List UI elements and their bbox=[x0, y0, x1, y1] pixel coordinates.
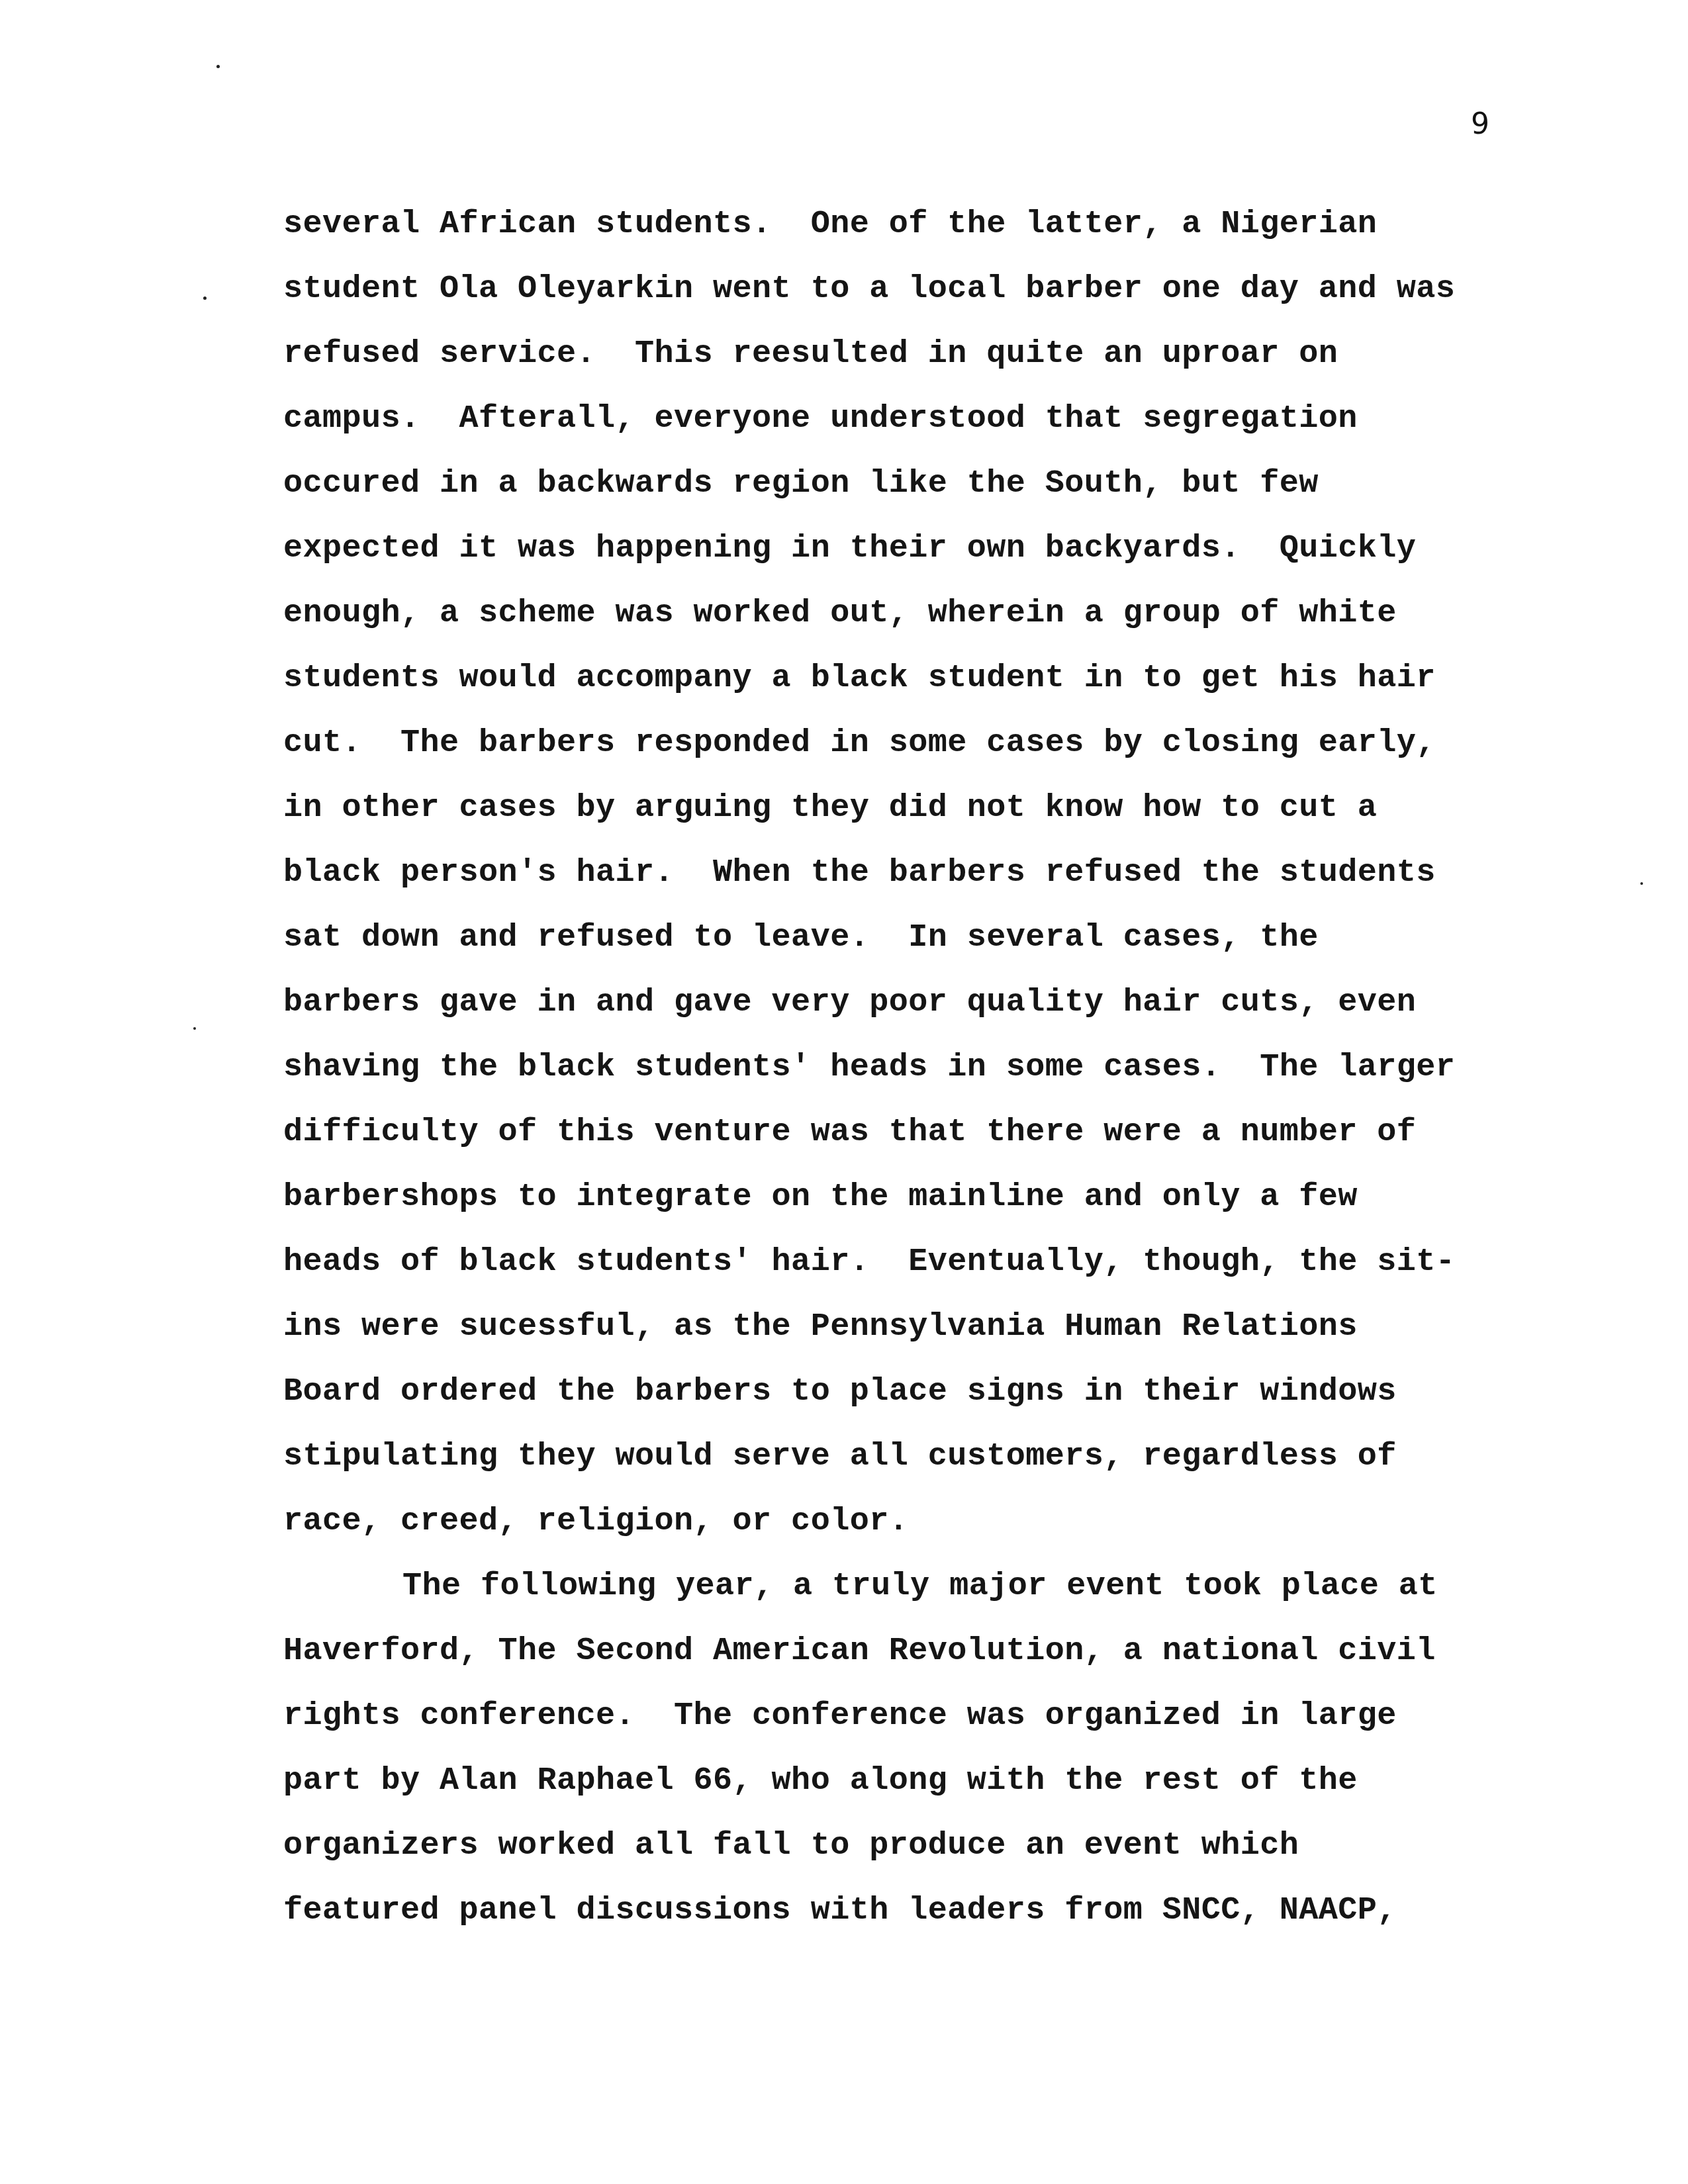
text-line: refused service. This reesulted in quite… bbox=[283, 322, 1528, 387]
text-line: organizers worked all fall to produce an… bbox=[283, 1813, 1528, 1878]
scan-artifact-dot bbox=[1640, 882, 1643, 885]
text-line: Haverford, The Second American Revolutio… bbox=[283, 1619, 1528, 1684]
paragraph-2: The following year, a truly major event … bbox=[283, 1554, 1528, 1943]
text-line: barbershops to integrate on the mainline… bbox=[283, 1165, 1528, 1230]
text-line: students would accompany a black student… bbox=[283, 646, 1528, 711]
text-line: difficulty of this venture was that ther… bbox=[283, 1100, 1528, 1165]
text-line: featured panel discussions with leaders … bbox=[283, 1878, 1528, 1943]
scan-artifact-dot bbox=[193, 1027, 196, 1030]
page-number: 9 bbox=[1471, 107, 1489, 141]
text-line: The following year, a truly major event … bbox=[283, 1554, 1528, 1619]
text-line: part by Alan Raphael 66, who along with … bbox=[283, 1749, 1528, 1813]
text-line: several African students. One of the lat… bbox=[283, 192, 1528, 257]
text-line: Board ordered the barbers to place signs… bbox=[283, 1359, 1528, 1424]
text-line: shaving the black students' heads in som… bbox=[283, 1035, 1528, 1100]
scan-artifact-dot bbox=[216, 65, 220, 68]
text-line: sat down and refused to leave. In severa… bbox=[283, 905, 1528, 970]
text-line: occured in a backwards region like the S… bbox=[283, 451, 1528, 516]
scan-artifact-dot bbox=[203, 296, 207, 300]
text-line: ins were sucessful, as the Pennsylvania … bbox=[283, 1295, 1528, 1359]
text-line: race, creed, religion, or color. bbox=[283, 1489, 1528, 1554]
text-line: stipulating they would serve all custome… bbox=[283, 1424, 1528, 1489]
document-body: several African students. One of the lat… bbox=[283, 192, 1528, 1943]
text-line: cut. The barbers responded in some cases… bbox=[283, 711, 1528, 776]
text-line: student Ola Oleyarkin went to a local ba… bbox=[283, 257, 1528, 322]
paragraph-1: several African students. One of the lat… bbox=[283, 192, 1528, 1554]
text-line: black person's hair. When the barbers re… bbox=[283, 841, 1528, 905]
text-line: campus. Afterall, everyone understood th… bbox=[283, 387, 1528, 451]
text-line: expected it was happening in their own b… bbox=[283, 516, 1528, 581]
text-line: barbers gave in and gave very poor quali… bbox=[283, 970, 1528, 1035]
text-line: rights conference. The conference was or… bbox=[283, 1684, 1528, 1749]
text-line: in other cases by arguing they did not k… bbox=[283, 776, 1528, 841]
text-line: enough, a scheme was worked out, wherein… bbox=[283, 581, 1528, 646]
text-line: heads of black students' hair. Eventuall… bbox=[283, 1230, 1528, 1295]
